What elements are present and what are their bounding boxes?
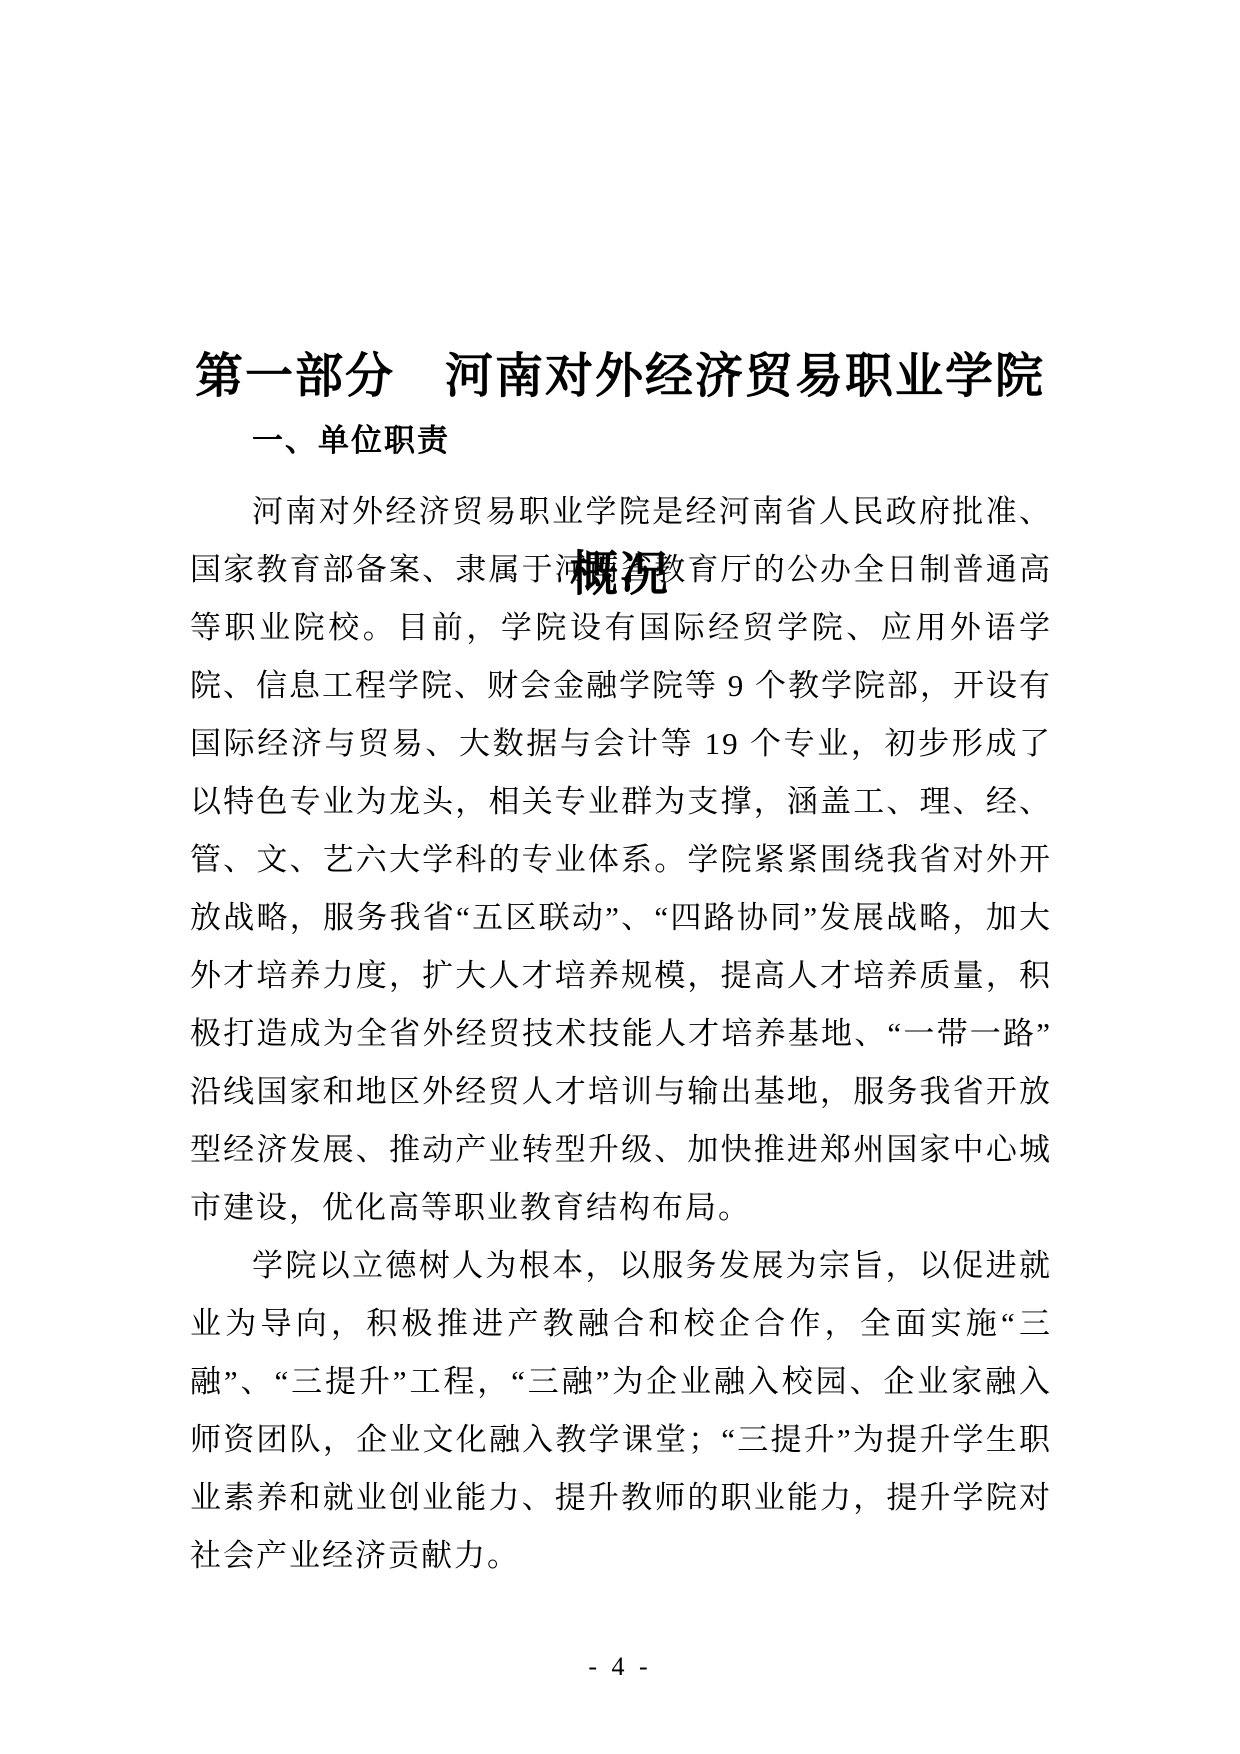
paragraph-2: 学院以立德树人为根本，以服务发展为宗旨，以促进就业为导向，积极推进产教融合和校企… bbox=[190, 1237, 1052, 1585]
paragraph-1: 河南对外经济贸易职业学院是经河南省人民政府批准、国家教育部备案、隶属于河南省教育… bbox=[190, 483, 1052, 1237]
section-heading: 一、单位职责 bbox=[252, 421, 450, 461]
document-page: 第一部分 河南对外经济贸易职业学院 概况 一、单位职责 河南对外经济贸易职业学院… bbox=[0, 0, 1240, 1754]
body-text: 河南对外经济贸易职业学院是经河南省人民政府批准、国家教育部备案、隶属于河南省教育… bbox=[190, 483, 1052, 1585]
page-number: - 4 - bbox=[0, 1652, 1240, 1682]
document-title-line-1: 第一部分 河南对外经济贸易职业学院 bbox=[150, 344, 1090, 410]
